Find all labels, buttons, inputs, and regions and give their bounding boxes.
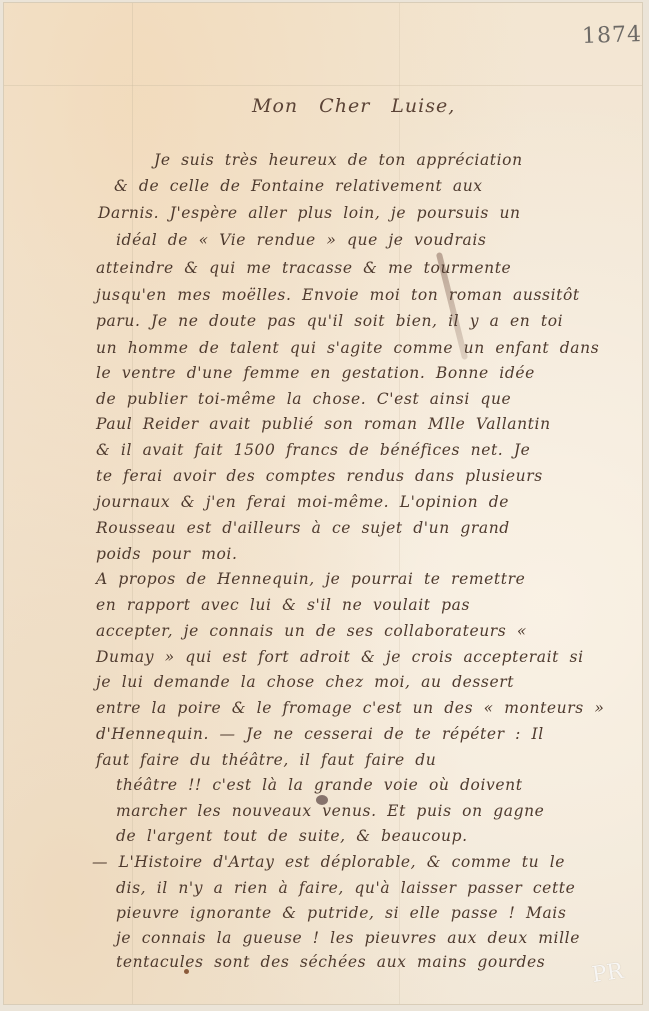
letter-line: A propos de Hennequin, je pourrai te rem… <box>96 570 525 588</box>
embossed-stamp-mark: PR <box>590 959 625 988</box>
letter-line: — L'Histoire d'Artay est déplorable, & c… <box>92 853 565 871</box>
year-annotation: 1874 <box>582 22 642 49</box>
letter-line: & il avait fait 1500 francs de bénéfices… <box>96 441 530 459</box>
letter-line: Rousseau est d'ailleurs à ce sujet d'un … <box>96 519 510 537</box>
letter-line: & de celle de Fontaine relativement aux <box>114 177 483 195</box>
paper-fold-horizontal <box>4 85 642 86</box>
letter-line: un homme de talent qui s'agite comme un … <box>96 339 599 357</box>
letter-line: idéal de « Vie rendue » que je voudrais <box>116 231 486 249</box>
letter-line: faut faire du théâtre, il faut faire du <box>96 751 436 769</box>
letter-line: théâtre !! c'est là la grande voie où do… <box>116 776 523 794</box>
letter-line: je lui demande la chose chez moi, au des… <box>96 673 514 691</box>
letter-line: dis, il n'y a rien à faire, qu'à laisser… <box>116 879 575 897</box>
letter-line: accepter, je connais un de ses collabora… <box>96 622 527 640</box>
letter-line: le ventre d'une femme en gestation. Bonn… <box>96 364 535 382</box>
letter-line: pieuvre ignorante & putride, si elle pas… <box>116 904 566 922</box>
letter-line: en rapport avec lui & s'il ne voulait pa… <box>96 596 470 614</box>
letter-line: d'Hennequin. — Je ne cesserai de te répé… <box>96 725 544 743</box>
letter-line: tentacules sont des séchées aux mains go… <box>116 953 545 971</box>
letter-line: de publier toi-même la chose. C'est ains… <box>96 390 511 408</box>
letter-line: Je suis très heureux de ton appréciation <box>154 151 523 169</box>
letter-line: marcher les nouveaux venus. Et puis on g… <box>116 802 544 820</box>
scan-edge-marks <box>640 905 649 1005</box>
letter-line: de l'argent tout de suite, & beaucoup. <box>116 827 468 845</box>
letter-line: Dumay » qui est fort adroit & je crois a… <box>96 648 584 666</box>
letter-line: Darnis. J'espère aller plus loin, je pou… <box>98 204 521 222</box>
letter-line: journaux & j'en ferai moi-même. L'opinio… <box>96 493 509 511</box>
letter-line: je connais la gueuse ! les pieuvres aux … <box>116 929 580 947</box>
letter-line: atteindre & qui me tracasse & me tourmen… <box>96 259 511 277</box>
letter-line: poids pour moi. <box>96 545 238 563</box>
salutation: Mon Cher Luise, <box>252 95 455 117</box>
letter-line: paru. Je ne doute pas qu'il soit bien, i… <box>96 312 563 330</box>
letter-line: te ferai avoir des comptes rendus dans p… <box>96 467 543 485</box>
letter-line: jusqu'en mes moëlles. Envoie moi ton rom… <box>96 286 580 304</box>
letter-line: Paul Reider avait publié son roman Mlle … <box>96 415 551 433</box>
letter-line: entre la poire & le fromage c'est un des… <box>96 699 604 717</box>
letter-page: 1874 Mon Cher Luise, Je suis très heureu… <box>4 3 642 1004</box>
